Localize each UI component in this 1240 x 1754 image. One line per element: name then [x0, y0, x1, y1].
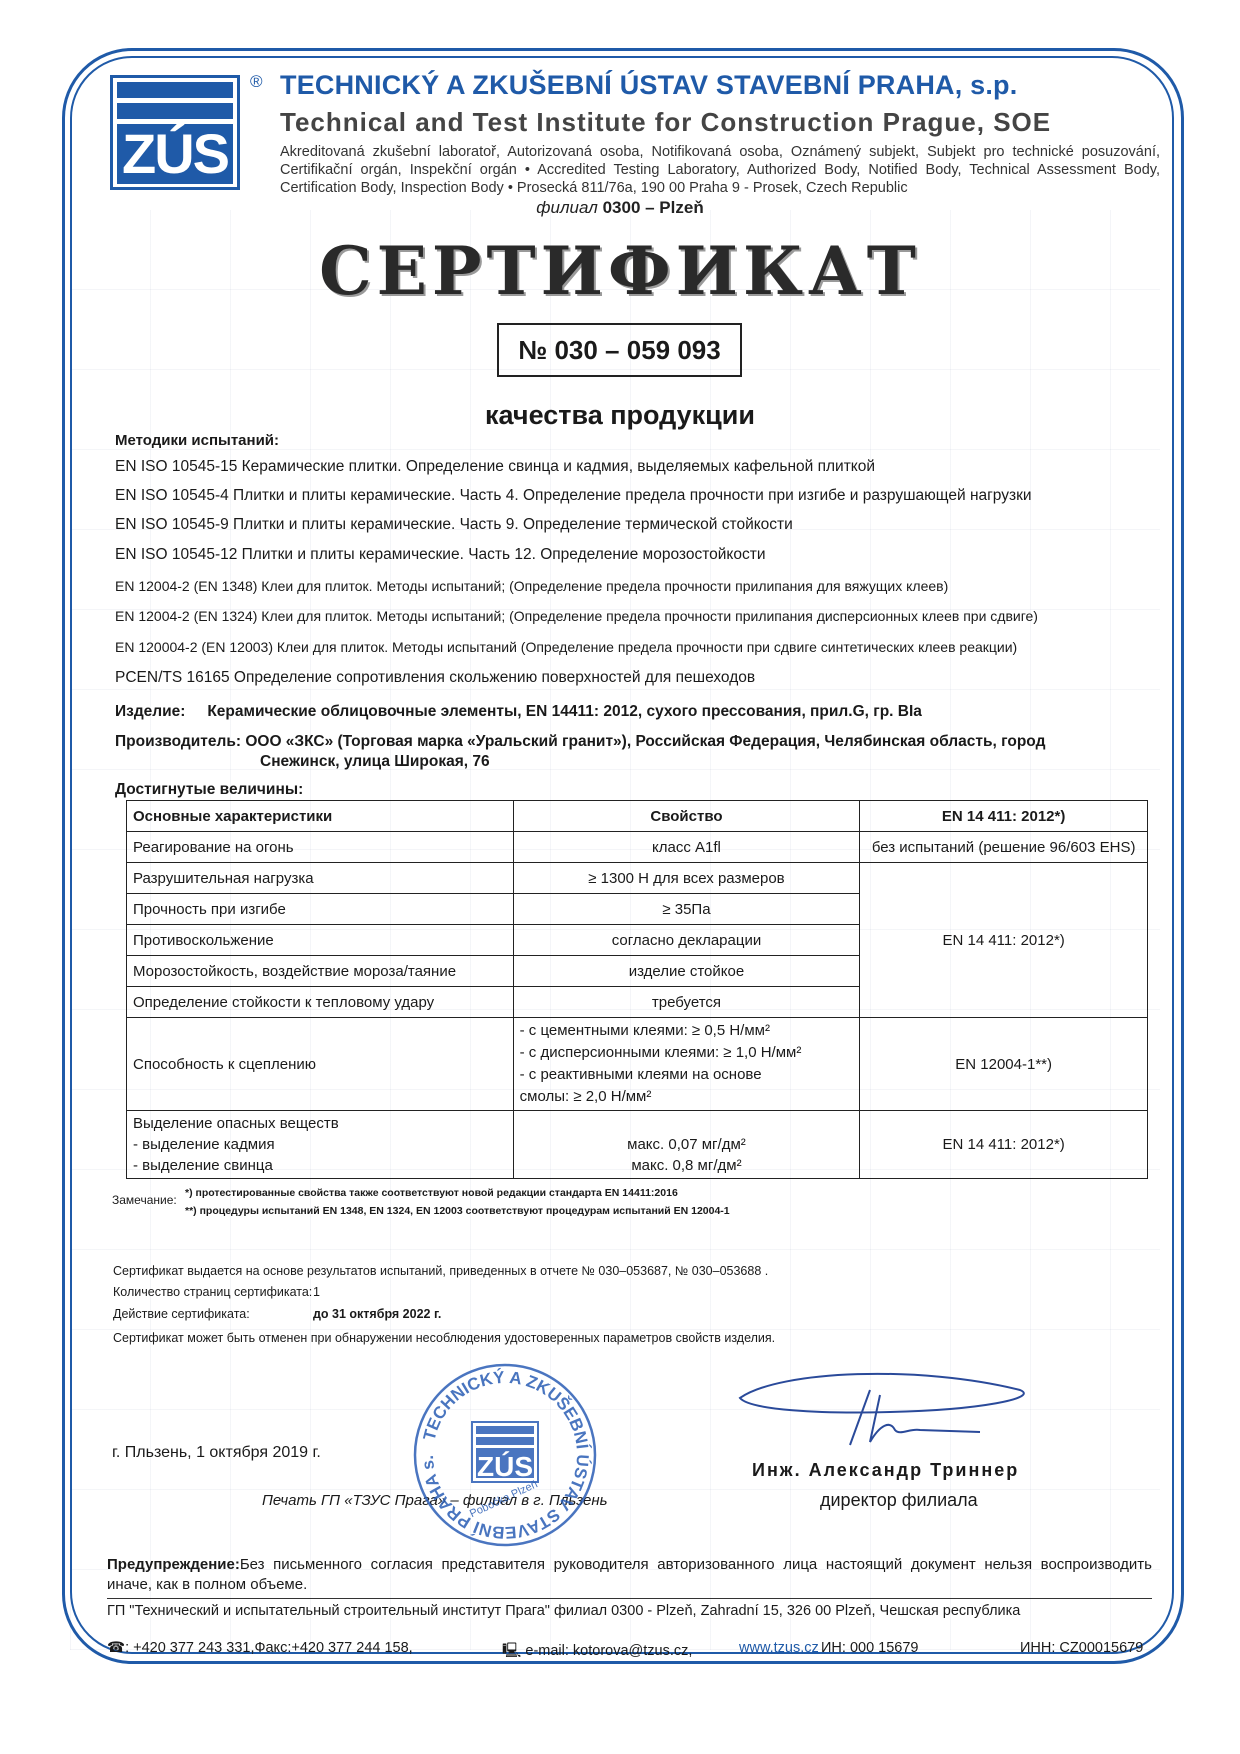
- property-cell: требуется: [513, 987, 860, 1018]
- characteristic-line: - выделение кадмия: [133, 1134, 507, 1155]
- validity-value: до 31 октября 2022 г.: [313, 1307, 441, 1321]
- method-item: EN 12004-2 (EN 1324) Клеи для плиток. Ме…: [115, 608, 1038, 624]
- signer-name: Инж. Александр Триннер: [752, 1460, 1019, 1481]
- characteristic-line: - выделение свинца: [133, 1155, 507, 1176]
- note-item: *) протестированные свойства также соотв…: [185, 1187, 678, 1199]
- manufacturer-line1: ООО «ЗКС» (Торговая марка «Уральский гра…: [245, 733, 1045, 750]
- standard-cell: EN 14 411: 2012*): [860, 863, 1148, 1018]
- org-description: Akreditovaná zkušební laboratoř, Autoriz…: [280, 143, 1160, 197]
- characteristic-line: Выделение опасных веществ: [133, 1113, 507, 1134]
- org-name-english: Technical and Test Institute for Constru…: [280, 107, 1051, 138]
- warning-text: Без письменного согласия представителя р…: [107, 1556, 1152, 1593]
- footer-address: ГП "Технический и испытательный строител…: [107, 1602, 1137, 1620]
- method-item: PCEN/TS 16165 Определение сопротивления …: [115, 669, 755, 687]
- branch-prefix: филиал: [536, 198, 598, 217]
- method-item: EN 120004-2 (EN 12003) Клеи для плиток. …: [115, 639, 1017, 655]
- property-line: - с реактивными клеями на основе: [520, 1064, 854, 1086]
- pages-label: Количество страниц сертификата:: [113, 1285, 312, 1299]
- document-title: СЕРТИФИКАТ: [0, 232, 1240, 310]
- signer-role: директор филиала: [820, 1490, 978, 1511]
- email[interactable]: e-mail: kotorova@tzus.cz,: [525, 1643, 692, 1659]
- property-line: - с дисперсионными клеями: ≥ 1,0 Н/мм²: [520, 1042, 854, 1064]
- manufacturer-line2: Снежинск, улица Широкая, 76: [115, 752, 1125, 772]
- warning-block: Предупреждение:Без письменного согласия …: [107, 1555, 1152, 1595]
- signature-icon: [720, 1370, 1050, 1450]
- property-cell: макс. 0,07 мг/дм² макс. 0,8 мг/дм²: [513, 1111, 860, 1179]
- note-item: **) процедуры испытаний EN 1348, EN 1324…: [185, 1205, 730, 1217]
- warning-label: Предупреждение:: [107, 1556, 240, 1573]
- characteristic-cell: Морозостойкость, воздействие мороза/таян…: [127, 956, 514, 987]
- column-header: Основные характеристики: [127, 801, 514, 832]
- property-line: смолы: ≥ 2,0 Н/мм²: [520, 1086, 854, 1108]
- pages-line: Количество страниц сертификата: 1: [113, 1285, 312, 1299]
- zus-logo: ZÚS: [110, 75, 240, 190]
- standard-cell: EN 12004-1**): [860, 1018, 1148, 1111]
- svg-text:Pobočka Plzeň: Pobočka Plzeň: [468, 1478, 540, 1520]
- certificate-number: № 030 – 059 093: [497, 323, 742, 377]
- branch-value: 0300 – Plzeň: [603, 198, 704, 217]
- footer-contacts: ☎: +420 377 243 331,Факс:+420 377 244 15…: [107, 1640, 1167, 1656]
- company-id: ИН: 000 15679: [821, 1640, 919, 1656]
- official-stamp-icon: TECHNICKÝ A ZKUŠEBNÍ ÚSTAV STAVEBNÍ PRAH…: [410, 1360, 600, 1550]
- computer-icon: 🖳: [502, 1643, 525, 1659]
- table-row: Выделение опасных веществ - выделение ка…: [127, 1111, 1148, 1179]
- method-item: EN 12004-2 (EN 1348) Клеи для плиток. Ме…: [115, 578, 948, 594]
- product-label: Изделие:: [115, 703, 203, 721]
- standard-cell: без испытаний (решение 96/603 EHS): [860, 832, 1148, 863]
- product-line: Изделие: Керамические облицовочные элеме…: [115, 703, 922, 721]
- validity-label: Действие сертификата:: [113, 1307, 250, 1321]
- property-line: макс. 0,8 мг/дм²: [520, 1155, 854, 1176]
- org-name-czech: TECHNICKÝ A ZKUŠEBNÍ ÚSTAV STAVEBNÍ PRAH…: [280, 70, 1017, 101]
- characteristic-cell: Определение стойкости к тепловому удару: [127, 987, 514, 1018]
- pages-value: 1: [313, 1285, 320, 1299]
- revocation-note: Сертификат может быть отменен при обнару…: [113, 1331, 775, 1345]
- property-cell: ≥ 35Па: [513, 894, 860, 925]
- telephone-icon: ☎: [107, 1640, 125, 1656]
- property-cell: изделие стойкое: [513, 956, 860, 987]
- branch-line: филиал 0300 – Plzeň: [0, 198, 1240, 218]
- characteristic-cell: Противоскольжение: [127, 925, 514, 956]
- property-cell: ≥ 1300 Н для всех размеров: [513, 863, 860, 894]
- property-line: макс. 0,07 мг/дм²: [520, 1134, 854, 1155]
- results-heading: Достигнутые величины:: [115, 781, 303, 799]
- svg-text:ZÚS: ZÚS: [477, 1451, 533, 1482]
- property-cell: - с цементными клеями: ≥ 0,5 Н/мм² - с д…: [513, 1018, 860, 1111]
- property-cell: согласно декларации: [513, 925, 860, 956]
- property-line: - с цементными клеями: ≥ 0,5 Н/мм²: [520, 1020, 854, 1042]
- characteristic-cell: Выделение опасных веществ - выделение ка…: [127, 1111, 514, 1179]
- table-header-row: Основные характеристики Свойство EN 14 4…: [127, 801, 1148, 832]
- table-row: Способность к сцеплению - с цементными к…: [127, 1018, 1148, 1111]
- method-item: EN ISO 10545-12 Плитки и плиты керамичес…: [115, 546, 765, 564]
- method-item: EN ISO 10545-9 Плитки и плиты керамическ…: [115, 516, 793, 534]
- vat-id: ИНН: CZ00015679: [1020, 1640, 1143, 1656]
- characteristic-cell: Прочность при изгибе: [127, 894, 514, 925]
- characteristic-cell: Способность к сцеплению: [127, 1018, 514, 1111]
- characteristic-cell: Разрушительная нагрузка: [127, 863, 514, 894]
- registered-mark: ®: [250, 72, 263, 92]
- manufacturer-block: Производитель: ООО «ЗКС» (Торговая марка…: [115, 732, 1125, 772]
- email-line: 🖳 e-mail: kotorova@tzus.cz,: [502, 1640, 692, 1665]
- column-header: Свойство: [513, 801, 860, 832]
- methods-heading: Методики испытаний:: [115, 432, 279, 449]
- validity-line: Действие сертификата: до 31 октября 2022…: [113, 1307, 250, 1321]
- notes-label: Замечание:: [112, 1193, 177, 1207]
- divider: [107, 1598, 1152, 1599]
- issuance-basis: Сертификат выдается на основе результато…: [113, 1264, 768, 1278]
- method-item: EN ISO 10545-4 Плитки и плиты керамическ…: [115, 487, 1032, 505]
- document-subtitle: качества продукции: [0, 400, 1240, 431]
- table-row: Разрушительная нагрузка ≥ 1300 Н для все…: [127, 863, 1148, 894]
- manufacturer-label: Производитель:: [115, 733, 241, 750]
- product-value: Керамические облицовочные элементы, EN 1…: [207, 703, 922, 720]
- website-link[interactable]: www.tzus.cz: [739, 1640, 819, 1656]
- table-row: Реагирование на огонь класс A1fl без исп…: [127, 832, 1148, 863]
- characteristic-cell: Реагирование на огонь: [127, 832, 514, 863]
- phone-fax: : +420 377 243 331,Факс:+420 377 244 158…: [125, 1640, 413, 1656]
- results-table: Основные характеристики Свойство EN 14 4…: [126, 800, 1148, 1179]
- place-date: г. Пльзень, 1 октября 2019 г.: [112, 1444, 321, 1462]
- column-header: EN 14 411: 2012*): [860, 801, 1148, 832]
- standard-cell: EN 14 411: 2012*): [860, 1111, 1148, 1179]
- property-cell: класс A1fl: [513, 832, 860, 863]
- method-item: EN ISO 10545-15 Керамические плитки. Опр…: [115, 458, 875, 476]
